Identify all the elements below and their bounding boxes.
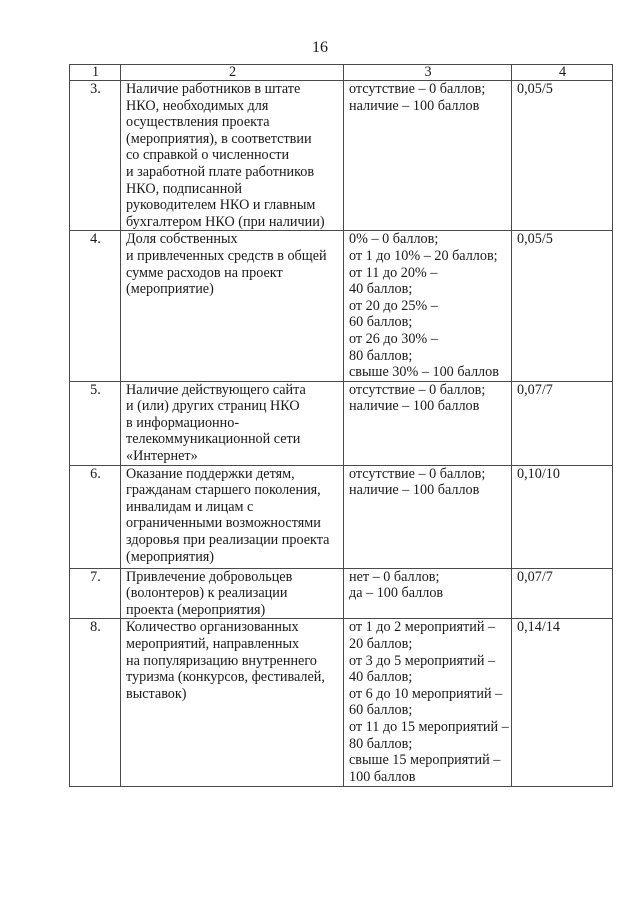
criterion-line: в информационно- <box>126 415 339 432</box>
criterion-line: Доля собственных <box>126 231 339 248</box>
row-number: 4. <box>70 231 121 381</box>
criterion-line: со справкой о численности <box>126 147 339 164</box>
column-header-2: 2 <box>121 65 344 81</box>
criterion-line: мероприятий, направленных <box>126 636 339 653</box>
criterion-line: инвалидам и лицам с <box>126 499 339 516</box>
column-number-header-row: 1 2 3 4 <box>70 65 613 81</box>
scoring-line: да – 100 баллов <box>349 585 507 602</box>
criterion-line: проекта (мероприятия) <box>126 602 339 619</box>
scoring-cell: от 1 до 2 мероприятий –20 баллов;от 3 до… <box>344 619 512 787</box>
weight-cell: 0,05/5 <box>512 81 613 231</box>
scoring-line: 80 баллов; <box>349 348 507 365</box>
criterion-line: ограниченными возможностями <box>126 515 339 532</box>
scoring-line: 100 баллов <box>349 769 507 786</box>
criterion-line: и привлеченных средств в общей <box>126 248 339 265</box>
scoring-line: от 1 до 10% – 20 баллов; <box>349 248 507 265</box>
scoring-line: свыше 15 мероприятий – <box>349 752 507 769</box>
table-row: 6. Оказание поддержки детям,гражданам ст… <box>70 465 613 568</box>
scoring-line: 60 баллов; <box>349 702 507 719</box>
scoring-cell: нет – 0 баллов;да – 100 баллов <box>344 568 512 619</box>
table-row: 3. Наличие работников в штатеНКО, необхо… <box>70 81 613 231</box>
row-number: 5. <box>70 381 121 465</box>
criterion-line: (мероприятие) <box>126 281 339 298</box>
scoring-line: 80 баллов; <box>349 736 507 753</box>
table-row: 7. Привлечение добровольцев(волонтеров) … <box>70 568 613 619</box>
scoring-line: отсутствие – 0 баллов; <box>349 382 507 399</box>
criterion-line: «Интернет» <box>126 448 339 465</box>
criterion-line: и (или) других страниц НКО <box>126 398 339 415</box>
scoring-line: от 3 до 5 мероприятий – <box>349 653 507 670</box>
page-number: 16 <box>0 38 640 58</box>
scoring-cell: 0% – 0 баллов;от 1 до 10% – 20 баллов;от… <box>344 231 512 381</box>
criterion-cell: Привлечение добровольцев(волонтеров) к р… <box>121 568 344 619</box>
scoring-line: нет – 0 баллов; <box>349 569 507 586</box>
criterion-line: выставок) <box>126 686 339 703</box>
scoring-line: отсутствие – 0 баллов; <box>349 81 507 98</box>
column-header-3: 3 <box>344 65 512 81</box>
criterion-line: (волонтеров) к реализации <box>126 585 339 602</box>
criterion-line: Привлечение добровольцев <box>126 569 339 586</box>
criterion-line: (мероприятия), в соответствии <box>126 131 339 148</box>
criterion-cell: Наличие работников в штатеНКО, необходим… <box>121 81 344 231</box>
criterion-line: телекоммуникационной сети <box>126 431 339 448</box>
table-row: 4. Доля собственныхи привлеченных средст… <box>70 231 613 381</box>
scoring-line: от 6 до 10 мероприятий – <box>349 686 507 703</box>
criterion-cell: Количество организованныхмероприятий, на… <box>121 619 344 787</box>
criterion-line: гражданам старшего поколения, <box>126 482 339 499</box>
scoring-line: свыше 30% – 100 баллов <box>349 364 507 381</box>
weight-cell: 0,14/14 <box>512 619 613 787</box>
scoring-line: 40 баллов; <box>349 669 507 686</box>
scoring-line: 40 баллов; <box>349 281 507 298</box>
row-number: 3. <box>70 81 121 231</box>
scoring-cell: отсутствие – 0 баллов;наличие – 100 балл… <box>344 465 512 568</box>
table-row: 8. Количество организованныхмероприятий,… <box>70 619 613 787</box>
criterion-line: Наличие работников в штате <box>126 81 339 98</box>
scoring-line: отсутствие – 0 баллов; <box>349 466 507 483</box>
criterion-line: (мероприятия) <box>126 549 339 566</box>
weight-cell: 0,07/7 <box>512 381 613 465</box>
row-number: 8. <box>70 619 121 787</box>
criterion-line: Оказание поддержки детям, <box>126 466 339 483</box>
criterion-line: на популяризацию внутреннего <box>126 653 339 670</box>
column-header-4: 4 <box>512 65 613 81</box>
scoring-cell: отсутствие – 0 баллов;наличие – 100 балл… <box>344 81 512 231</box>
scoring-line: наличие – 100 баллов <box>349 98 507 115</box>
scoring-line: 20 баллов; <box>349 636 507 653</box>
criterion-line: руководителем НКО и главным <box>126 197 339 214</box>
criterion-line: осуществления проекта <box>126 114 339 131</box>
row-number: 7. <box>70 568 121 619</box>
criterion-line: НКО, необходимых для <box>126 98 339 115</box>
row-number: 6. <box>70 465 121 568</box>
scoring-line: от 11 до 20% – <box>349 265 507 282</box>
criterion-line: здоровья при реализации проекта <box>126 532 339 549</box>
criterion-line: бухгалтером НКО (при наличии) <box>126 214 339 231</box>
scoring-line: 0% – 0 баллов; <box>349 231 507 248</box>
criterion-line: Наличие действующего сайта <box>126 382 339 399</box>
criterion-cell: Оказание поддержки детям,гражданам старш… <box>121 465 344 568</box>
scoring-line: от 26 до 30% – <box>349 331 507 348</box>
criterion-line: Количество организованных <box>126 619 339 636</box>
scoring-line: наличие – 100 баллов <box>349 482 507 499</box>
criterion-line: сумме расходов на проект <box>126 265 339 282</box>
criterion-line: и заработной плате работников <box>126 164 339 181</box>
table-row: 5. Наличие действующего сайтаи (или) дру… <box>70 381 613 465</box>
weight-cell: 0,07/7 <box>512 568 613 619</box>
criterion-cell: Доля собственныхи привлеченных средств в… <box>121 231 344 381</box>
column-header-1: 1 <box>70 65 121 81</box>
weight-cell: 0,10/10 <box>512 465 613 568</box>
scoring-line: от 1 до 2 мероприятий – <box>349 619 507 636</box>
scoring-line: 60 баллов; <box>349 314 507 331</box>
scoring-line: от 20 до 25% – <box>349 298 507 315</box>
weight-cell: 0,05/5 <box>512 231 613 381</box>
scoring-line: наличие – 100 баллов <box>349 398 507 415</box>
criterion-line: НКО, подписанной <box>126 181 339 198</box>
criteria-table: 1 2 3 4 3. Наличие работников в штатеНКО… <box>69 64 613 787</box>
criterion-cell: Наличие действующего сайтаи (или) других… <box>121 381 344 465</box>
criterion-line: туризма (конкурсов, фестивалей, <box>126 669 339 686</box>
scoring-line: от 11 до 15 мероприятий – <box>349 719 507 736</box>
scoring-cell: отсутствие – 0 баллов;наличие – 100 балл… <box>344 381 512 465</box>
